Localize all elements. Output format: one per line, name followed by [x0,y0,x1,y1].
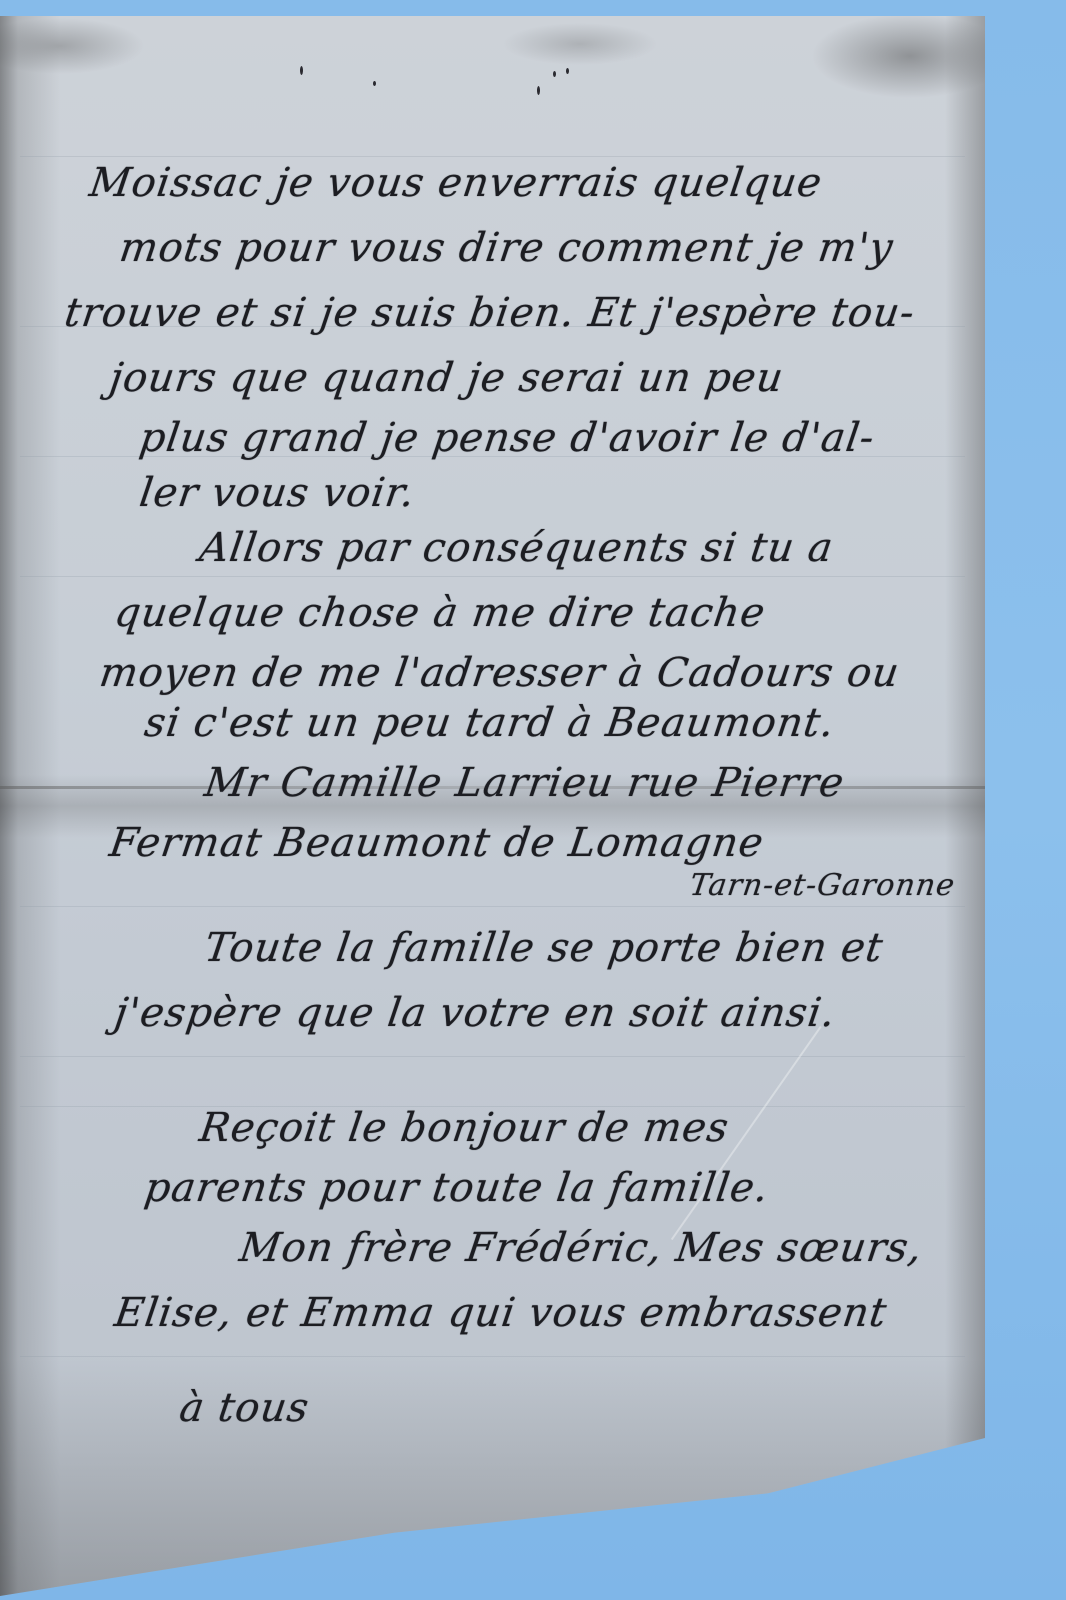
letter-line-15: Mon frère Frédéric, Mes sœurs, [237,1225,926,1271]
address-line-2: Fermat Beaumont de Lomagne [107,820,767,866]
letter-line-7: Allors par conséquents si tu a [197,525,837,571]
letter-line-16: Elise, et Emma qui vous embrassent [112,1290,890,1336]
letter-line-8: quelque chose à me dire tache [112,590,769,636]
letter-line-11: Toute la famille se porte bien et [202,925,887,971]
letter-line-10: si c'est un peu tard à Beaumont. [142,700,838,746]
ink-speck [537,86,540,95]
letter-page: Moissac je vous enverrais quelque mots p… [0,16,985,1596]
letter-line-14: parents pour toute la famille. [142,1165,772,1211]
letter-line-13: Reçoit le bonjour de mes [197,1105,732,1151]
letter-line-12: j'espère que la votre en soit ainsi. [112,990,839,1036]
letter-line-1: Moissac je vous enverrais quelque [87,160,825,206]
address-department: Tarn-et-Garonne [688,868,958,903]
ruled-line [20,156,965,157]
letter-line-3: trouve et si je suis bien. Et j'espère t… [62,290,918,336]
letter-line-2: mots pour vous dire comment je m'y [117,225,897,271]
letter-line-6: ler vous voir. [137,470,418,516]
ruled-line [20,1056,965,1057]
photo-scene: Moissac je vous enverrais quelque mots p… [0,0,1066,1600]
ink-speck [553,71,556,77]
ink-speck [300,66,303,75]
letter-line-9: moyen de me l'adresser à Cadours ou [97,650,903,696]
letter-line-5: plus grand je pense d'avoir le d'al- [137,415,878,461]
letter-line-4: jours que quand je serai un peu [107,355,787,401]
ruled-line [20,1356,965,1357]
ink-speck [566,68,569,74]
ruled-line [20,576,965,577]
ink-speck [373,81,376,86]
letter-closing: à tous [177,1385,312,1431]
address-line-1: Mr Camille Larrieu rue Pierre [202,760,848,806]
ruled-line [20,906,965,907]
